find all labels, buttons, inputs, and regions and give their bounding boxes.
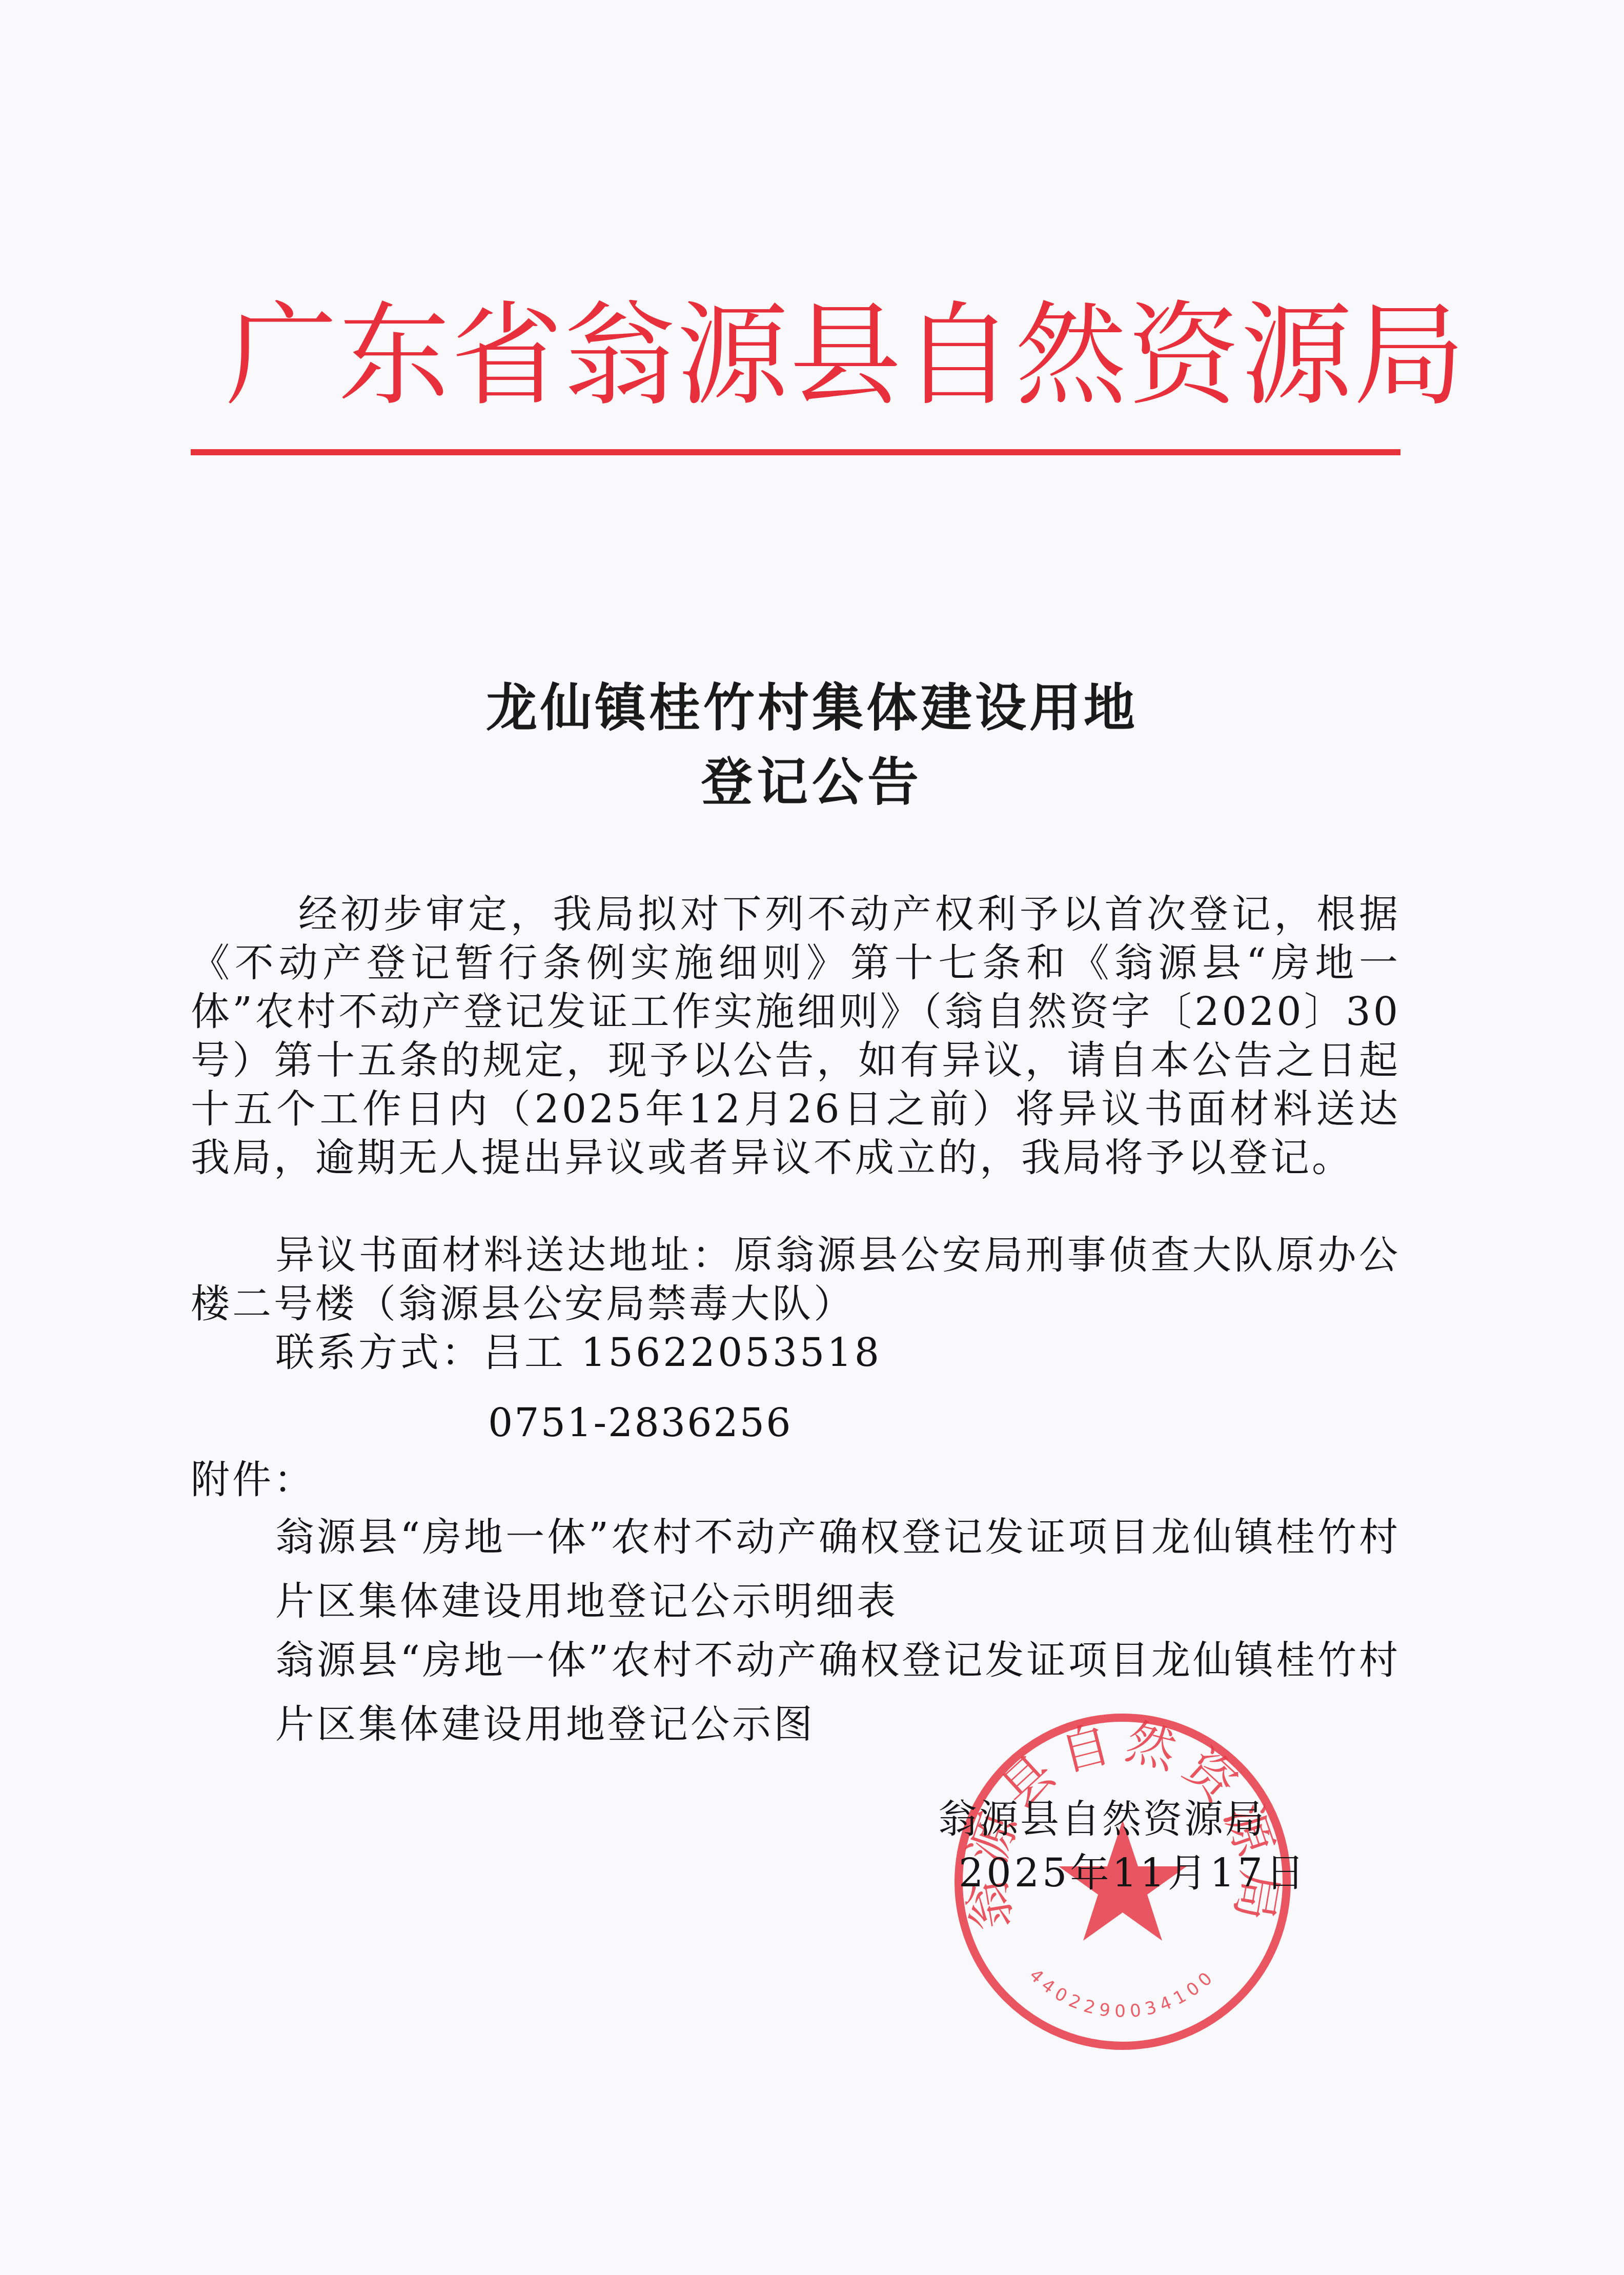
letterhead-org-name: 广东省翁源县自然资源局 bbox=[226, 295, 1405, 418]
contact-mobile: 15622053518 bbox=[581, 1330, 882, 1375]
attachments-label: 附件： bbox=[191, 1455, 315, 1504]
svg-text:4402290034100: 4402290034100 bbox=[1025, 1965, 1220, 2022]
notice-title: 龙仙镇桂竹村集体建设用地 bbox=[0, 667, 1624, 740]
contact-name: 吕工 bbox=[483, 1330, 566, 1375]
signature-date: 2025年11月17日 bbox=[959, 1848, 1308, 1897]
signature-org: 翁源县自然资源局 bbox=[938, 1795, 1266, 1843]
notice-paragraph-main: 经初步审定，我局拟对下列不动产权利予以首次登记，根据《不动产登记暂行条例实施细则… bbox=[191, 890, 1400, 1182]
contact-label: 联系方式： bbox=[275, 1330, 483, 1375]
letterhead-divider bbox=[191, 449, 1400, 455]
attachment-item: 翁源县“房地一体”农村不动产确权登记发证项目龙仙镇桂竹村片区集体建设用地登记公示… bbox=[275, 1505, 1400, 1633]
notice-paragraph-address: 异议书面材料送达地址：原翁源县公安局刑事侦查大队原办公楼二号楼（翁源县公安局禁毒… bbox=[191, 1231, 1400, 1328]
document-page: 广东省翁源县自然资源局 龙仙镇桂竹村集体建设用地 登记公告 经初步审定，我局拟对… bbox=[0, 0, 1624, 2275]
contact-info: 联系方式：吕工 15622053518 bbox=[275, 1328, 882, 1377]
notice-subtitle: 登记公告 bbox=[0, 741, 1624, 815]
contact-phone: 0751-2836256 bbox=[488, 1398, 793, 1447]
